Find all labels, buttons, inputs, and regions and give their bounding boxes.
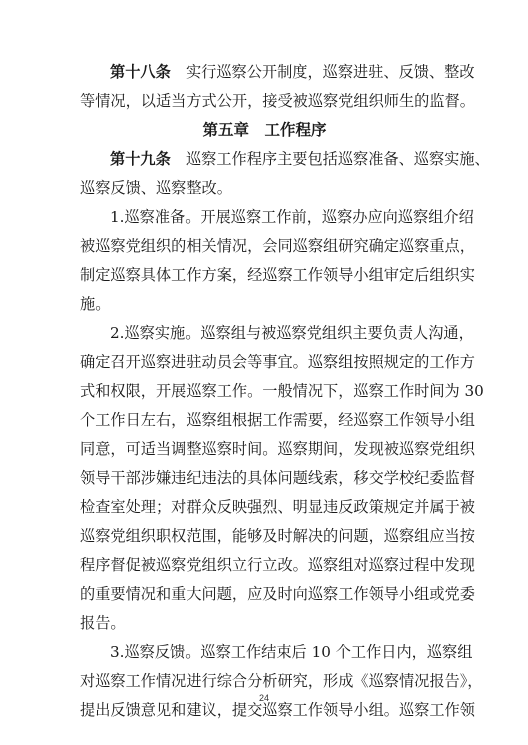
item-1-line: 1.巡察准备。开展巡察工作前，巡察办应向巡察组介绍 <box>80 203 449 232</box>
item-3-line: 对巡察工作情况进行综合分析研究，形成《巡察情况报告》， <box>80 667 449 696</box>
article-19-label: 第十九条 <box>110 150 171 168</box>
item-2-line: 程序督促被巡察党组织立行立改。巡察组对巡察过程中发现 <box>80 551 449 580</box>
item-2-line: 式和权限，开展巡察工作。一般情况下，巡察工作时间为 30 <box>80 377 449 406</box>
article-19-line-2: 巡察反馈、巡察整改。 <box>80 174 449 203</box>
document-page: 第十八条 实行巡察公开制度，巡察进驻、反馈、整改 等情况，以适当方式公开，接受被… <box>80 58 449 725</box>
item-1-line: 施。 <box>80 290 449 319</box>
item-2-line: 个工作日左右，巡察组根据工作需要，经巡察工作领导小组 <box>80 406 449 435</box>
item-2-line: 巡察党组织职权范围，能够及时解决的问题，巡察组应当按 <box>80 522 449 551</box>
item-2-line: 的重要情况和重大问题，应及时向巡察工作领导小组或党委 <box>80 580 449 609</box>
chapter-heading: 第五章 工作程序 <box>80 116 449 145</box>
item-2-line: 确定召开巡察进驻动员会等事宜。巡察组按照规定的工作方 <box>80 348 449 377</box>
article-18-line-1: 第十八条 实行巡察公开制度，巡察进驻、反馈、整改 <box>80 58 449 87</box>
article-19-text: 巡察工作程序主要包括巡察准备、巡察实施、 <box>186 150 490 168</box>
article-18-label: 第十八条 <box>110 63 171 81</box>
item-1-line: 被巡察党组织的相关情况，会同巡察组研究确定巡察重点， <box>80 232 449 261</box>
page-number: 24 <box>0 693 528 703</box>
item-2-line: 领导干部涉嫌违纪违法的具体问题线索，移交学校纪委监督 <box>80 464 449 493</box>
item-2-line: 检查室处理；对群众反映强烈、明显违反政策规定并属于被 <box>80 493 449 522</box>
item-2-line: 同意，可适当调整巡察时间。巡察期间，发现被巡察党组织 <box>80 435 449 464</box>
item-3-line: 3.巡察反馈。巡察工作结束后 10 个工作日内，巡察组 <box>80 638 449 667</box>
item-2-line: 2.巡察实施。巡察组与被巡察党组织主要负责人沟通， <box>80 319 449 348</box>
article-19-line-1: 第十九条 巡察工作程序主要包括巡察准备、巡察实施、 <box>80 145 449 174</box>
item-2-line: 报告。 <box>80 609 449 638</box>
article-18-text: 实行巡察公开制度，巡察进驻、反馈、整改 <box>186 63 475 81</box>
article-18-line-2: 等情况，以适当方式公开，接受被巡察党组织师生的监督。 <box>80 87 449 116</box>
item-1-line: 制定巡察具体工作方案，经巡察工作领导小组审定后组织实 <box>80 261 449 290</box>
